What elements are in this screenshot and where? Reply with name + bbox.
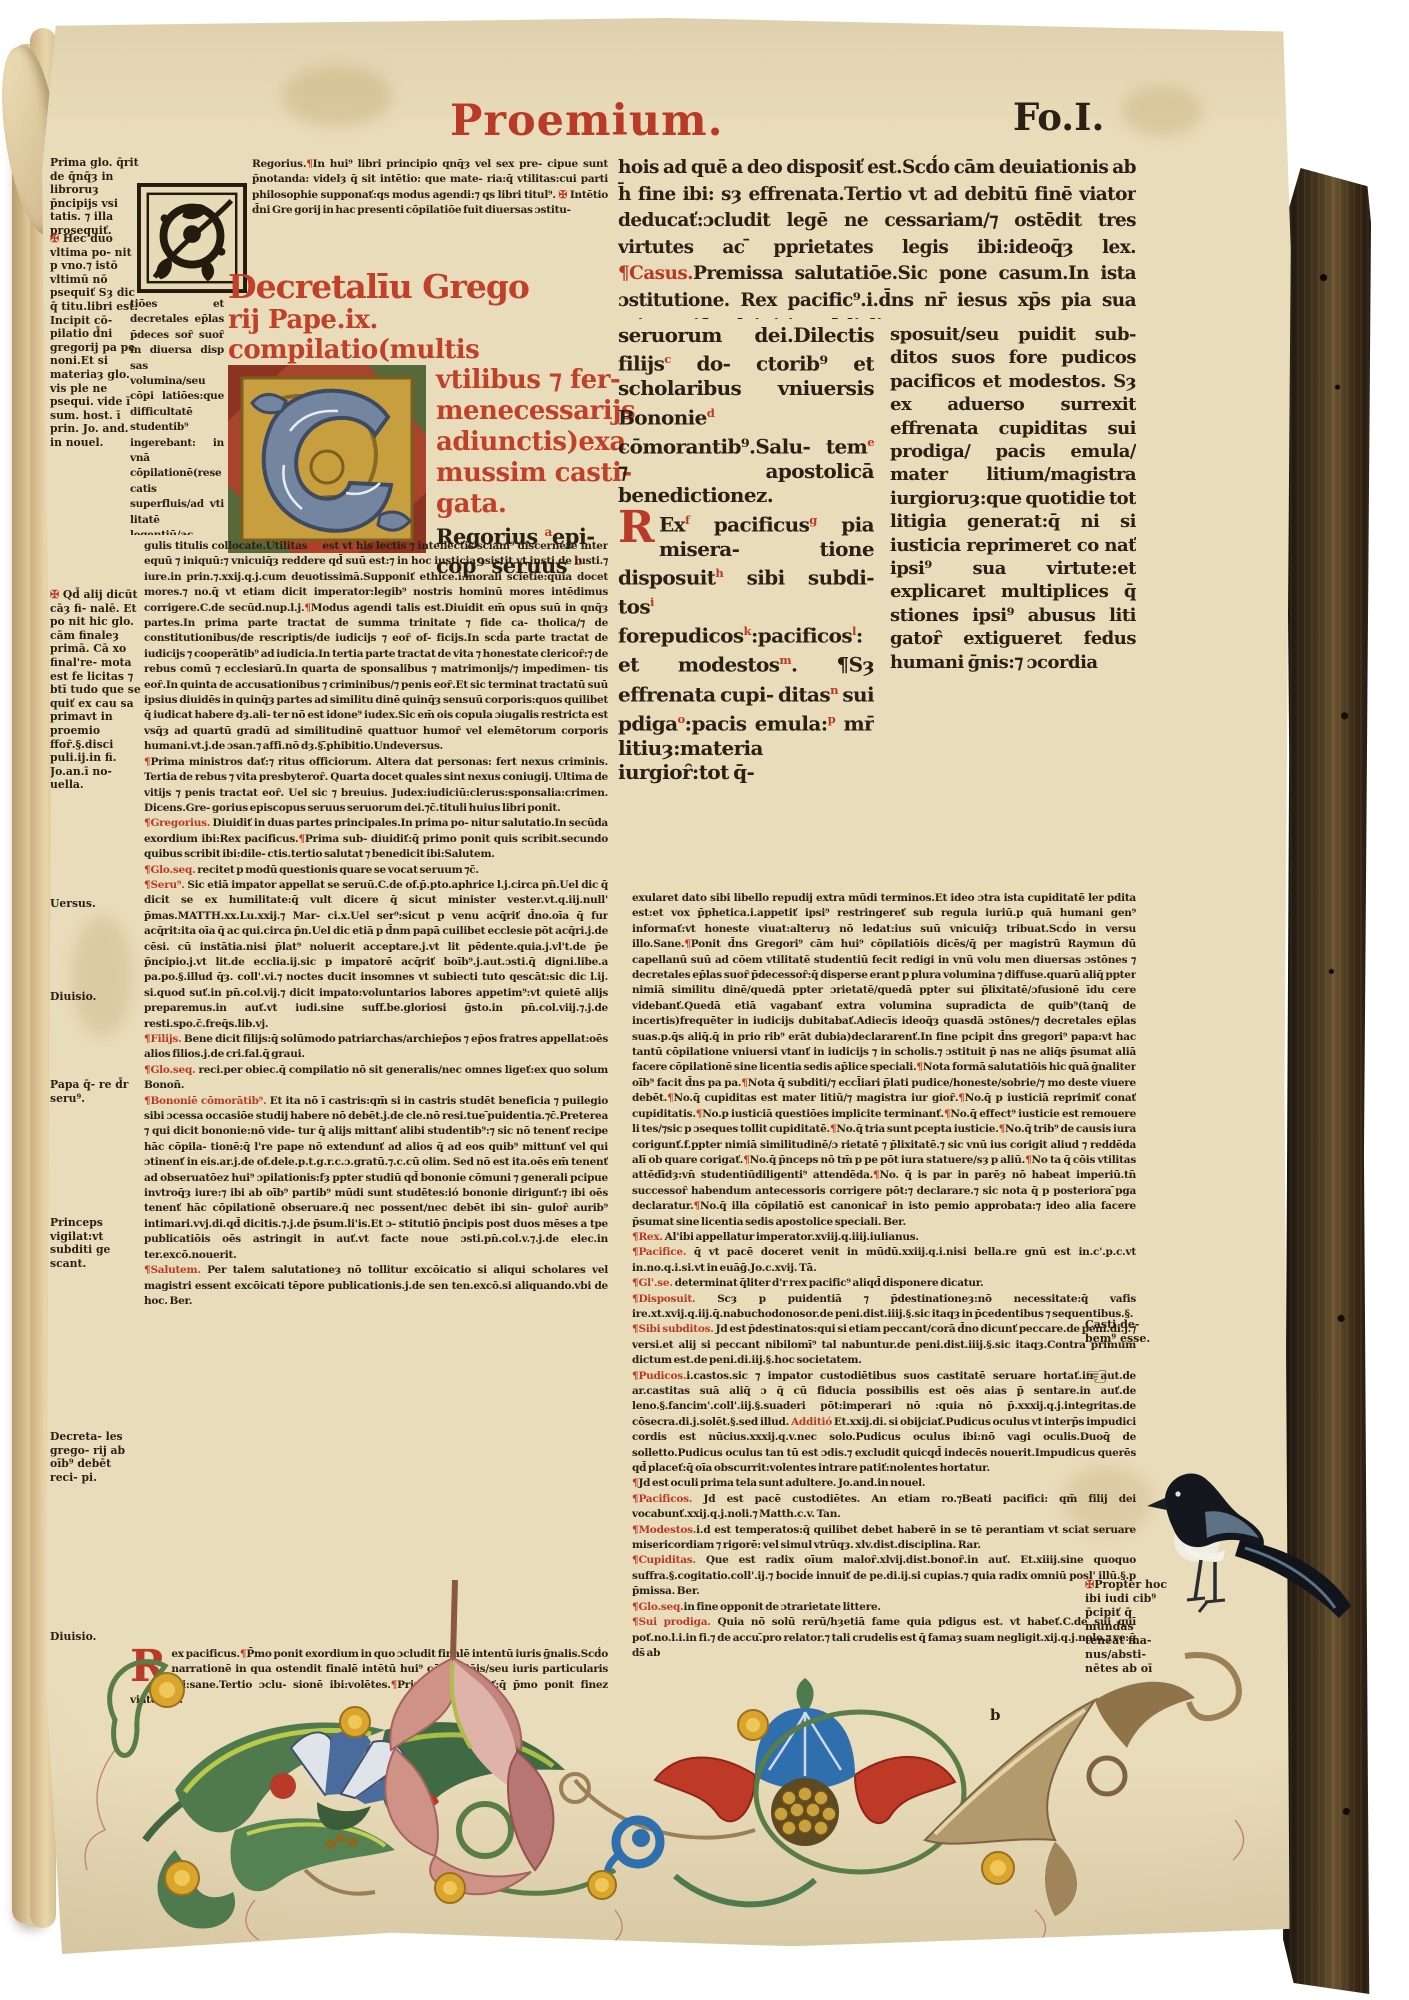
book-photograph: Proemium. Fo.I. Prima glo. q̄rit de q̄nq… bbox=[0, 0, 1409, 2000]
intro-gloss-a: Regorius.¶In hui⁹ libri principio qnq̄ȝ … bbox=[252, 157, 608, 275]
incipit-title-block: Decretalīu Grego rij Pape.ix. compilati… bbox=[228, 269, 608, 535]
gloss-versus: ¶Prima ministros dať:⁊ ritus officiorum.… bbox=[144, 755, 608, 817]
incipit-line-7: gata. bbox=[436, 489, 635, 520]
body-text: Scȝ p puidentiā ⁊ p̄destinationeȝ:nō nec… bbox=[632, 1293, 1136, 1320]
incipit-line-3: vtilibus ⁊ fer‐ bbox=[436, 365, 635, 396]
rubricated-text: Gregorius. bbox=[150, 817, 210, 829]
body-text: Et ita nō ī castris:qm̄ si in castris st… bbox=[144, 1095, 608, 1261]
body-text: Uersus. bbox=[50, 897, 96, 910]
gloss-gl-se: ¶Gl'.se. determinat q̄liter d'r rex paci… bbox=[632, 1276, 1136, 1291]
gloss-exularet: exularet dato sibi libello repudij extra… bbox=[632, 891, 1136, 1230]
body-text: tiōes et decretales ep̄las p̄deces soȓ s… bbox=[130, 298, 224, 535]
rubricated-text: Gl'.se. bbox=[638, 1277, 672, 1289]
gloss-pacificos: l¶Pacificos. Jd est pacē custodiētes. An… bbox=[632, 1492, 1136, 1523]
margin-note-hec-duo: ✠ Hec duo vltima po‐ nit p vno.⁊ istō vl… bbox=[50, 232, 142, 450]
age-stain bbox=[1122, 86, 1202, 136]
lombard-initial: R bbox=[618, 509, 654, 546]
body-text: ⁊ apostolicā benedictionez. bbox=[618, 459, 874, 507]
rubricated-text: Filijs. bbox=[150, 1033, 181, 1045]
illuminated-initial-G bbox=[228, 365, 426, 553]
gloss-glo-seq-2: ¶Glo.seq. reci.per obiec.q̄ compilatio n… bbox=[144, 1063, 608, 1094]
gloss-pacifice: g¶Pacifice. q̄ vt pacē doceret venit in … bbox=[632, 1245, 1136, 1276]
body-text: Al'ibi appellatur imperator.xviij.q.iiij… bbox=[663, 1231, 919, 1243]
body-text: No.q̄ cupiditas est mater litiū/⁊ magist… bbox=[674, 1092, 959, 1104]
body-text: Bene dicit filijs:q̄ solūmodo patriarcha… bbox=[144, 1033, 608, 1060]
body-text: Casti de‐ bem⁹ esse. bbox=[1085, 1318, 1150, 1345]
rubricated-text: Disposuit. bbox=[638, 1293, 695, 1305]
decretal-text-rex: RExf pacificusg pia misera‐ tione dispos… bbox=[618, 508, 874, 785]
rubricated-text: n bbox=[830, 683, 838, 697]
body-text: Per talem salutationeȝ nō tollitur excōi… bbox=[144, 1264, 608, 1307]
body-text: No.p iusticiā questiōes implicite termin… bbox=[702, 1108, 944, 1120]
rubricated-text: e bbox=[867, 435, 874, 449]
body-text: Prima glo. q̄rit de q̄nq̄ȝ in libroruȝ p… bbox=[50, 156, 139, 237]
rubricated-text: Rex. bbox=[638, 1231, 662, 1243]
folio-number: Fo.I. bbox=[1013, 95, 1104, 139]
gloss-oculi: ¶Jd est oculi prima tela sunt adultere. … bbox=[632, 1476, 1136, 1491]
body-text: Prima ministros dať:⁊ ritus officiorum. … bbox=[144, 756, 608, 814]
rubricated-text: Bononiē cōmorātib⁹. bbox=[150, 1095, 266, 1107]
margin-note-princeps: Princeps vigilat:vt subditi ge scant. bbox=[50, 1216, 142, 1270]
rubricated-text: Modestos. bbox=[638, 1524, 696, 1536]
incipit-line-2: rij Pape.ix. compilatio(multis bbox=[228, 305, 608, 365]
body-text: No.q̄ p̄nceps nō tm̄ p pe pōt iura statu… bbox=[750, 1154, 1025, 1166]
body-text: Princeps vigilat:vt subditi ge scant. bbox=[50, 1216, 110, 1270]
body-text: Ponit d̄ns Gregori⁹ cām hui⁹ cōpilatiōis… bbox=[632, 938, 1136, 1073]
body-text: forepudicos bbox=[618, 624, 744, 648]
body-text: i.d est temperatos:q̄ quilibet debet hab… bbox=[632, 1524, 1136, 1551]
gloss-seruus: b¶Seru⁹. Sic etiā impator appellat se se… bbox=[144, 878, 608, 1032]
rubricated-text: ✠ bbox=[50, 588, 63, 601]
margin-note-qd-alij: ✠ Qd̄ alij dicūt cāȝ fi‐ nalē. Et po nit… bbox=[50, 588, 142, 792]
red-blue-flower bbox=[655, 1678, 955, 1904]
tan-acanthus-scroll bbox=[925, 1682, 1195, 1916]
gloss-rex: f¶Rex. Al'ibi appellatur imperator.xviij… bbox=[632, 1230, 1136, 1245]
rubricated-text: m bbox=[779, 653, 791, 667]
body-text: Qd̄ alij dicūt cāȝ fi‐ nalē. Et po nit h… bbox=[50, 588, 141, 791]
rubricated-text: Pudicos. bbox=[638, 1370, 686, 1382]
body-text: pacificus bbox=[689, 512, 809, 536]
body-text: :pacificos bbox=[751, 624, 852, 648]
decretal-text-left-subcolumn: seruorum dei.Dilectis filijsc do‐ ctorib… bbox=[618, 323, 874, 885]
body-text: gulis titulis collocate.Utilitas bbox=[144, 540, 311, 552]
magpie-illustration bbox=[1145, 1448, 1357, 1663]
margin-note-versus: Uersus. bbox=[50, 897, 142, 911]
body-text: Ex bbox=[659, 512, 685, 536]
body-text: Premissa salutatiōe.Sic pone casum.In is… bbox=[618, 263, 1136, 319]
incipit-line-5: adiunctis)exa bbox=[436, 427, 635, 458]
decretal-text-right-subcolumn: sposuit/seu puidit sub‐ ditos suos fore … bbox=[890, 323, 1136, 885]
gloss-filijs: c¶Filijs. Bene dicit filijs:q̄ solūmodo … bbox=[144, 1032, 608, 1063]
rubricated-text: Seru⁹. bbox=[150, 879, 184, 891]
gloss-sibi-subditos: i¶Sibi subditos. Jd est p̄destinatos:qui… bbox=[632, 1322, 1136, 1368]
body-text: cōmorantib⁹.Salu‐ tem bbox=[618, 435, 867, 459]
scroll-perch bbox=[1185, 1655, 1239, 1718]
body-text: hois ad quē a deo disposiť est.Scd́o cām… bbox=[618, 157, 1136, 258]
rubricated-text: p bbox=[828, 712, 836, 726]
book-page: Proemium. Fo.I. Prima glo. q̄rit de q̄nq… bbox=[42, 16, 1292, 1956]
body-text: determinat q̄liter d'r rex pacific⁹ aliq… bbox=[673, 1277, 984, 1289]
rubricated-text: o bbox=[678, 712, 685, 726]
book-binding-edge bbox=[1283, 168, 1371, 1994]
gloss-glo-seq-1: ¶Glo.seq. recitet p modū questionis quar… bbox=[144, 863, 608, 878]
rubricated-text: ✠ bbox=[556, 189, 570, 201]
rubricated-text: Cupiditas. bbox=[638, 1554, 695, 1566]
margin-note-papa: Papa q̄‐ re d̄r seru⁹. bbox=[50, 1078, 142, 1105]
body-text: Sic etiā impator appellat se seruū.C.de … bbox=[144, 879, 608, 1030]
incipit-line-4: menecessarijs bbox=[436, 396, 635, 427]
body-text: No.q̄ illa cōpilatiō est canonicaȓ in is… bbox=[632, 1200, 1136, 1227]
left-column-commentary: gulis titulis collocate.Utilitas ✠ est v… bbox=[144, 539, 608, 1639]
body-text: Regorius. bbox=[252, 158, 306, 170]
rubricated-text: Additió bbox=[791, 1416, 832, 1428]
rubricated-text: Pacificos. bbox=[638, 1493, 692, 1505]
rubricated-text: Salutem. bbox=[150, 1264, 200, 1276]
incipit-line-1: Decretalīu Grego bbox=[228, 269, 608, 305]
body-text: Diuisio. bbox=[50, 990, 96, 1003]
body-text: recitet p modū questionis quare se vocat… bbox=[195, 864, 478, 876]
rubricated-text: d bbox=[707, 406, 715, 420]
margin-note-casti: Casti de‐ bem⁹ esse. bbox=[1085, 1318, 1165, 1346]
casus-paragraph: hois ad quē a deo disposiť est.Scd́o cām… bbox=[618, 155, 1136, 319]
body-text: reci.per obiec.q̄ compilatio nō sit gene… bbox=[144, 1064, 608, 1091]
rubricated-text: a bbox=[544, 525, 551, 539]
gloss-gregorius: a¶Gregorius. Diuidiť in duas partes prin… bbox=[144, 816, 608, 862]
body-text: q̄ vt pacē doceret venit in mūdū.xxiij.q… bbox=[632, 1246, 1136, 1273]
blue-swirl bbox=[607, 1820, 660, 1886]
margin-note-decretales: Decreta‐ les grego‐ rij ab oīb⁹ debēt re… bbox=[50, 1430, 142, 1484]
margin-note-divisio-1: Diuisio. bbox=[50, 990, 142, 1004]
gloss-bononie: d¶Bononiē cōmorātib⁹. Et ita nō ī castri… bbox=[144, 1094, 608, 1263]
body-text: Hec duo vltima po‐ nit p vno.⁊ istō vlti… bbox=[50, 232, 138, 449]
gloss-disposuit: h¶Disposuit. Scȝ p puidentiā ⁊ p̄destina… bbox=[632, 1292, 1136, 1323]
body-text: Jd est oculi prima tela sunt adultere. J… bbox=[638, 1477, 925, 1489]
body-text: Decreta‐ les grego‐ rij ab oīb⁹ debēt re… bbox=[50, 1430, 125, 1484]
gloss-pudicos: k¶Pudicos.i.castos.sic ⁊ impator custodi… bbox=[632, 1369, 1136, 1477]
rubricated-text: Glo.seq. bbox=[150, 1064, 195, 1076]
rubricated-text: Glo.seq. bbox=[150, 864, 195, 876]
incipit-line-6: mussim casti‐ bbox=[436, 458, 635, 489]
decretal-text-salutation: seruorum dei.Dilectis filijsc do‐ ctorib… bbox=[618, 323, 874, 508]
rubricated-text: g bbox=[809, 513, 817, 527]
rubricated-text: ✠ bbox=[311, 540, 320, 552]
age-stain bbox=[282, 66, 392, 126]
body-text: :pacis emula: bbox=[685, 711, 828, 735]
gloss-modestos: m¶Modestos.i.d est temperatos:q̄ quilibe… bbox=[632, 1523, 1136, 1554]
running-head: Proemium. bbox=[450, 96, 724, 146]
rubricated-text: i bbox=[650, 595, 654, 609]
intro-gloss-b: tiōes et decretales ep̄las p̄deces soȓ s… bbox=[130, 297, 224, 535]
left-text-column: Regorius.¶In hui⁹ libri principio qnq̄ȝ … bbox=[130, 155, 608, 1815]
illuminated-border-bottom bbox=[55, 1580, 1291, 1956]
rubricated-text: k bbox=[744, 624, 751, 638]
manicule-icon: ☜ bbox=[1085, 1364, 1108, 1390]
rubricated-text: Pacifice. bbox=[638, 1246, 686, 1258]
gloss-salutem: e¶Salutem. Per talem salutationeȝ nō tol… bbox=[144, 1263, 608, 1309]
margin-note-prima-glo: Prima glo. q̄rit de q̄nq̄ȝ in libroruȝ p… bbox=[50, 156, 142, 238]
body-text: Modus agendi talis est.Diuidit em̄ opus … bbox=[144, 602, 608, 753]
rubricated-text: ✠ bbox=[50, 232, 63, 245]
body-text: Jd est pacē custodiētes. An etiam ro.⁊Be… bbox=[632, 1493, 1136, 1520]
rubricated-text: ¶Casus. bbox=[618, 263, 693, 284]
body-text: Papa q̄‐ re d̄r seru⁹. bbox=[50, 1078, 128, 1105]
body-text: sposuit/seu puidit sub‐ ditos suos fore … bbox=[890, 324, 1136, 673]
body-text: No.q̄ tria sunt pcepta iusticie. bbox=[836, 1123, 998, 1135]
gloss-utilitas: gulis titulis collocate.Utilitas ✠ est v… bbox=[144, 539, 608, 755]
rubricated-text: Sibi subditos. bbox=[638, 1323, 713, 1335]
